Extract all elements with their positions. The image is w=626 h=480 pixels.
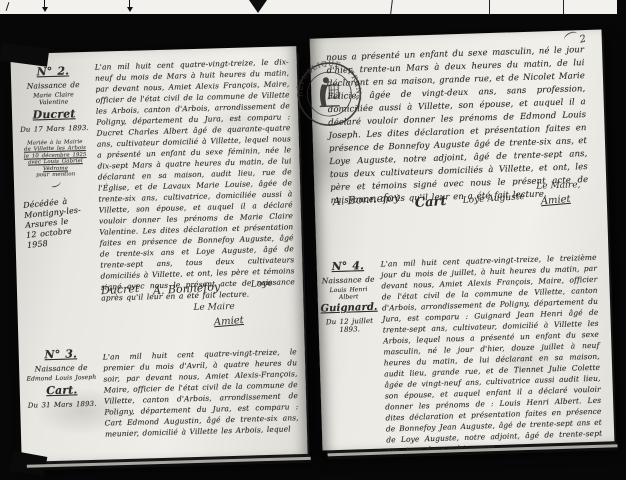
entry3-type: Naissance de <box>25 363 97 374</box>
entry3-date: Du 31 Mars 1893. <box>26 400 98 410</box>
scan-corner-shadow <box>0 43 49 67</box>
entry2-type: Naissance de <box>17 80 89 91</box>
entry3-margin: N° 3. Naissance de Edmond Louis Joseph C… <box>25 347 99 410</box>
signature-mayor: Amiet <box>540 194 571 207</box>
entry2-surname: Ducret <box>18 107 90 122</box>
entry2-signature-block: Ducret A. Bonnefoy Loye Le Maire Amiet <box>101 278 302 340</box>
entry3-number: N° 3. <box>25 347 97 362</box>
signature-witness2: Loye <box>251 278 273 289</box>
microfilm-scan-frame: N° 2. Naissance de Marie Claire Valentin… <box>0 0 626 480</box>
entry2-date: Du 17 Mars 1893. <box>18 124 90 134</box>
signature-witness1: A. Bonnefoy <box>153 280 221 297</box>
signature-mayor: Amiet <box>214 315 245 328</box>
entry2-child-name: Marie Claire Valentine <box>17 91 89 107</box>
entry2-death-note: Décédée à Montigny-les- Arsures le 12 oc… <box>19 194 96 251</box>
entry2-number: N° 2. <box>17 64 89 79</box>
entry2-marriage-note: Mariée à la Mairie de Villette les Arboi… <box>19 139 92 191</box>
entry4-type: Naissance de <box>319 275 377 286</box>
film-divider-line <box>489 0 490 14</box>
entry4-surname: Guignard. <box>320 302 378 315</box>
entry4-margin: N° 4. Naissance de Louis Henri Albert Gu… <box>319 259 379 335</box>
film-divider-line <box>563 0 564 14</box>
left-register-page: N° 2. Naissance de Marie Claire Valentin… <box>10 46 307 462</box>
entry3-surname: Cart. <box>26 383 98 398</box>
entry2-act-text: L'an mil huit cent quatre-vingt-treize, … <box>95 56 296 303</box>
film-header-strip <box>0 0 617 14</box>
signature-father: Ducret <box>101 282 140 297</box>
paraph-mark <box>50 179 61 188</box>
right-register-page: 2 RÉPUBLIQUE · FRANÇAISE nous a présenté… <box>310 30 615 451</box>
signature-witness2: Loye Auguste <box>462 192 525 206</box>
entry4-date: Du 12 juillet 1893. <box>320 317 378 335</box>
entry4-number: N° 4. <box>319 259 377 274</box>
signature-witness1: A. Bonnefoy <box>332 191 400 208</box>
scan-corner-shadow <box>10 451 47 477</box>
mayor-title: Le Maire <box>193 302 235 313</box>
entry3-act-text-start: L'an mil huit cent quatre-vingt-treize, … <box>103 346 299 439</box>
entry4-act-text: L'an mil huit cent quatre-vingt-treize, … <box>381 252 603 457</box>
film-down-triangle-icon <box>249 0 267 13</box>
entry3-child-name: Edmond Louis Joseph <box>25 374 97 383</box>
mayor-title: Le Maire, <box>536 180 580 191</box>
entry4-child-name: Louis Henri Albert <box>319 286 377 302</box>
film-divider-line <box>390 0 393 14</box>
entry3-signature-block: A. Bonnefoy Cart Loye Auguste Le Maire, … <box>328 182 595 230</box>
film-frame-mark <box>6 2 10 11</box>
entry2-margin: N° 2. Naissance de Marie Claire Valentin… <box>17 64 94 249</box>
marriage-note-line: pour mention <box>20 171 92 179</box>
folio-flourish-mark <box>563 30 579 43</box>
signature-father: Cart <box>414 194 447 211</box>
